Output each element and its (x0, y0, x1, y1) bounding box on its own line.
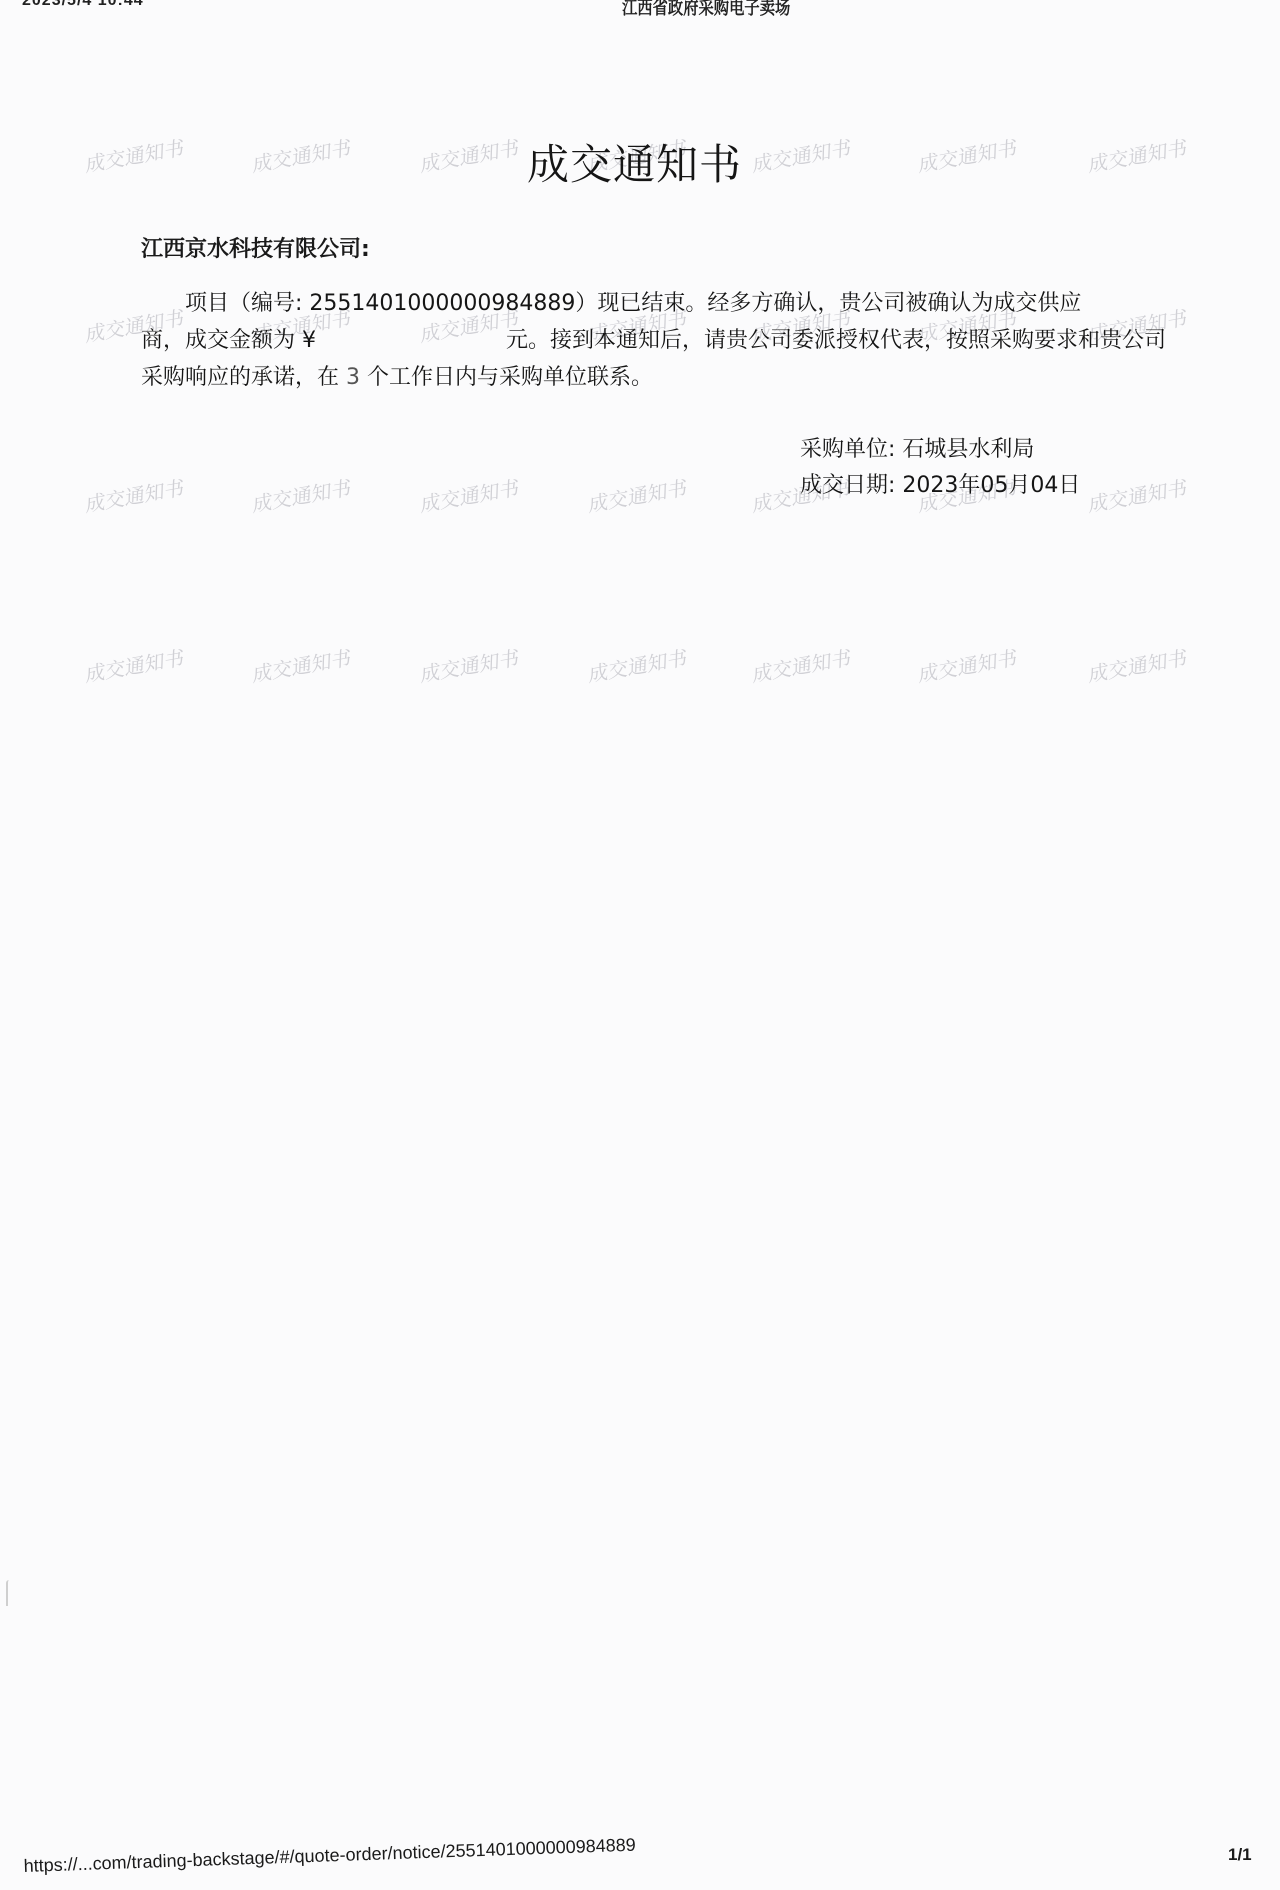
page-edge-mark (6, 1580, 11, 1606)
watermark-text: 成交通知书 (420, 641, 520, 688)
watermark-text: 成交通知书 (252, 641, 352, 688)
body-line-2: 商，成交金额为 ¥元。接到本通知后，请贵公司委派授权代表，按照采购要求和贵公司 (141, 322, 1121, 359)
notice-body: 项目（编号: 2551401000000984889）现已结束。经多方确认，贵公… (141, 285, 1121, 396)
watermark-text: 成交通知书 (252, 131, 352, 178)
watermark-text: 成交通知书 (252, 471, 352, 518)
purchaser-row: 采购单位: 石城县水利局 (800, 432, 1080, 468)
watermark-text: 成交通知书 (752, 131, 852, 178)
watermark-text: 成交通知书 (588, 471, 688, 518)
watermark-text: 成交通知书 (85, 471, 185, 518)
watermark-text: 成交通知书 (85, 641, 185, 688)
print-footer-url: https://...com/trading-backstage/#/quote… (23, 1835, 636, 1877)
watermark-text: 成交通知书 (918, 641, 1018, 688)
addressee: 江西京水科技有限公司: (141, 232, 370, 263)
watermark-text: 成交通知书 (1088, 131, 1188, 178)
watermark-text: 成交通知书 (752, 641, 852, 688)
purchaser-name: 石城县水利局 (902, 437, 1034, 462)
watermark-text: 成交通知书 (420, 471, 520, 518)
print-header-left: 2023/5/4 10:44 (22, 0, 144, 10)
watermark-text: 成交通知书 (420, 131, 520, 178)
watermark-text: 成交通知书 (85, 131, 185, 178)
watermark-text: 成交通知书 (918, 131, 1018, 178)
body-line-3: 采购响应的承诺，在 3 个工作日内与采购单位联系。 (141, 359, 1121, 396)
body-line-1: 项目（编号: 2551401000000984889）现已结束。经多方确认，贵公… (141, 285, 1121, 322)
watermark-text: 成交通知书 (588, 641, 688, 688)
date-row: 成交日期: 2023年05月04日 (800, 468, 1080, 504)
print-header-title: 江西省政府采购电子卖场 (622, 0, 790, 20)
watermark-text: 成交通知书 (1088, 471, 1188, 518)
working-days: 3 (346, 365, 360, 390)
project-number: 2551401000000984889 (309, 291, 575, 316)
deal-date: 2023年05月04日 (902, 473, 1080, 498)
print-footer-page: 1/1 (1228, 1845, 1252, 1865)
document-title: 成交通知书 (527, 132, 742, 192)
watermark-text: 成交通知书 (1088, 641, 1188, 688)
signature-block: 采购单位: 石城县水利局 成交日期: 2023年05月04日 (800, 432, 1080, 504)
